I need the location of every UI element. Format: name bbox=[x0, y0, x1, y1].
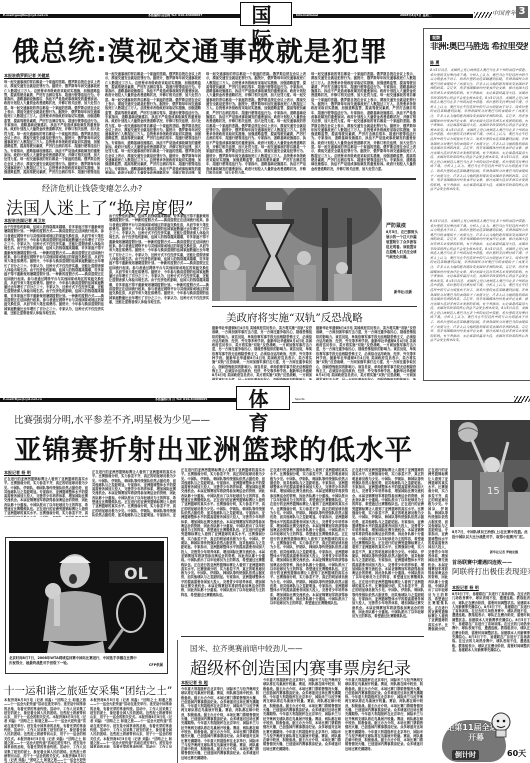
games-body-col2: 本报济南8月5日电（记者 刘磊）“团结之土 和谐之旅——十一运会火炬传递”活动在… bbox=[90, 698, 172, 748]
countdown-label: 倒计时 bbox=[452, 750, 479, 760]
header-bar-right bbox=[293, 14, 473, 18]
divider bbox=[181, 636, 424, 637]
basketball-photo: 15 bbox=[450, 420, 530, 527]
france-body-col2: 由于经济危机影响，法国人的钱袋越来越瘪，许多家庭不得不重新规划暑期度假计划。一种… bbox=[109, 214, 209, 374]
us-headline: 美政府将实施“双轨”反恐战略 bbox=[226, 310, 363, 325]
france-byline: 本报驻法国记者 周卫东 bbox=[4, 218, 45, 224]
stripes-decoration bbox=[514, 396, 530, 402]
aleague-body: 8月5日下午，易建联在广东进行了首场训练。在过去的几场热身赛中，球队表现不佳，遭… bbox=[452, 592, 530, 707]
hourglass-credit: 新华社/法新 bbox=[394, 290, 412, 295]
divider bbox=[212, 306, 417, 307]
right-column-label: 观察 bbox=[430, 35, 442, 41]
header-editor-info: 本版编辑/高雪梅 Tel: 010-64098097 bbox=[148, 13, 202, 17]
sports-section-en: Sports bbox=[295, 397, 305, 401]
main-body-col4: 每一起交通事故的背后都是一个家庭的悲剧。俄罗斯总统在会议上表示，漠视交通安全就是… bbox=[311, 72, 416, 174]
hourglass-photo bbox=[212, 188, 382, 301]
right-column-box: 观察 非洲:奥巴马胜选 希拉里受挫 陈 勇 8月5日消息，美国民主党总统候选人奥… bbox=[423, 28, 530, 381]
main-headline: 俄总统:漠视交通事故就是犯罪 bbox=[12, 30, 388, 69]
basketball-kicker: 比赛强弱分明,水平参差不齐,明星极为少见—— bbox=[14, 412, 210, 426]
supercup-byline: 本报记者 张 超 bbox=[181, 680, 208, 686]
aleague-headline: 阿联将打出极佳表现迎来新赛季 bbox=[452, 566, 530, 577]
right-column-body-b: 8月5日消息，美国民主党总统候选人奥巴马在多个州的初选中获胜，希拉里的支持率持续… bbox=[430, 219, 528, 377]
france-kicker: 经济危机让钱袋变瘪怎么办? bbox=[42, 183, 142, 194]
basketball-byline: 本报记者 杨 明 bbox=[4, 470, 31, 476]
basketball-body-col4: 正在进行的亚洲男篮锦标赛让人看到了亚洲篮球的真实水平。比赛强弱分明，实力参差不齐… bbox=[270, 468, 348, 631]
tennis-caption: 北京时间8月7日，2008年WTA网球巡回赛中国站比赛进行，中国选手李娜在比赛中… bbox=[9, 656, 139, 670]
right-column-headline: 非洲:奥巴马胜选 希拉里受挫 bbox=[430, 42, 528, 52]
france-body-col1: 由于经济危机影响，法国人的钱袋越来越瘪，许多家庭不得不重新规划暑期度假计划。一种… bbox=[4, 225, 104, 375]
aleague-kicker: 首场联赛中遭遇四连败—— bbox=[452, 559, 512, 566]
games-headline: 十一运和谐之旅延安采集“团结之土” bbox=[4, 683, 172, 698]
main-body-col3: 每一起交通事故的背后都是一个家庭的悲剧。俄罗斯总统在会议上表示，漠视交通安全就是… bbox=[206, 72, 306, 174]
tennis-photo-frame: OL 北京时间8月7日，2008年WTA网球巡回赛中国站比赛进行，中国选手李娜在… bbox=[5, 537, 168, 674]
basketball-caption: 8月7日，中国队球员王治郅(上)在比赛中投篮。此役中国队以大比分战胜对手，取得小… bbox=[452, 530, 530, 550]
page-number: 3 bbox=[516, 6, 528, 18]
section-title-sports: 体 育 bbox=[236, 386, 290, 410]
sports-email: E-mail:tiyu@cyd.net.cn bbox=[3, 397, 42, 401]
basketball-body-col5: 正在进行的亚洲男篮锦标赛让人看到了亚洲篮球的真实水平。比赛强弱分明，实力参差不齐… bbox=[352, 468, 424, 631]
mascot-icon bbox=[488, 712, 514, 738]
header-date: 2008年8月5日 星期二 bbox=[400, 13, 432, 17]
tennis-credit: CFP供图 bbox=[149, 663, 163, 668]
divider bbox=[177, 640, 178, 763]
section-title-international: 国 际 bbox=[240, 2, 292, 26]
supercup-body-col2: 今年意大利超级杯在北京举行，国际米兰与拉齐奥两支球队将在鸟巢展开较量。赛前，两队… bbox=[263, 678, 341, 763]
aleague-byline: 本报记者 杨 明 bbox=[452, 585, 479, 591]
supercup-kicker: 国米、拉齐奥赛前暗中较劲儿—— bbox=[190, 643, 303, 654]
basketball-headline: 亚锦赛折射出亚洲篮球的低水平 bbox=[14, 427, 413, 467]
us-body-col1: 据新华社华盛顿8月4日电 美国政府官员表示，美方将实施“双轨”反恐战略，一方面加… bbox=[212, 326, 312, 380]
countdown-days-value: 60 bbox=[507, 749, 518, 758]
basketball-body-col3: 正在进行的亚洲男篮锦标赛让人看到了亚洲篮球的真实水平。比赛强弱分明，实力参差不齐… bbox=[181, 468, 265, 631]
supercup-body-col1: 今年意大利超级杯在北京举行，国际米兰与拉齐奥两支球队将在鸟巢展开较量。赛前，两队… bbox=[181, 687, 259, 763]
header-email: E-mail:guojibu@cyd.net.cn bbox=[3, 13, 48, 17]
basketball-body-col1: 正在进行的亚洲男篮锦标赛让人看到了亚洲篮球的真实水平。比赛强弱分明，实力参差不齐… bbox=[4, 477, 88, 517]
header-section-en: International bbox=[296, 13, 318, 17]
right-column-body-a: 8月5日消息，美国民主党总统候选人奥巴马在多个州的初选中获胜，希拉里的支持率持续… bbox=[430, 68, 528, 218]
main-body-col1: 每一起交通事故的背后都是一个家庭的悲剧。俄罗斯总统在会议上表示，漠视交通安全就是… bbox=[4, 80, 100, 174]
tennis-photo: OL bbox=[9, 541, 164, 653]
main-byline: 本报驻俄罗斯记者 关健斌 bbox=[4, 73, 49, 79]
basketball-body-col2: 正在进行的亚洲男篮锦标赛让人看到了亚洲篮球的真实水平。比赛强弱分明，实力参差不齐… bbox=[92, 470, 176, 517]
main-body-col2: 每一起交通事故的背后都是一个家庭的悲剧。俄罗斯总统在会议上表示，漠视交通安全就是… bbox=[105, 72, 201, 174]
right-column-byline: 陈 勇 bbox=[430, 60, 439, 66]
svg-text:15: 15 bbox=[487, 486, 500, 497]
countdown-unit: 天 bbox=[518, 749, 526, 758]
hourglass-illustration bbox=[212, 188, 382, 301]
svg-text:OL: OL bbox=[124, 564, 148, 583]
divider bbox=[3, 178, 416, 180]
basketball-illustration: 15 bbox=[450, 420, 530, 527]
games-body-col1: 本报济南8月5日电（记者 刘磊）“团结之土 和谐之旅——十一运会火炬传递”活动在… bbox=[4, 698, 86, 763]
hourglass-caption-title: 严防鼠疫 bbox=[386, 222, 406, 229]
sports-editor-info: 本版编辑/刘 月 Tel: 010-64098095 bbox=[155, 397, 207, 401]
tennis-illustration: OL bbox=[9, 541, 164, 653]
us-body-col2: 据新华社华盛顿8月4日电 美国政府官员表示，美方将实施“双轨”反恐战略，一方面加… bbox=[316, 326, 416, 380]
basketball-body-col6: 正在进行的亚洲男篮锦标赛让人看到了亚洲篮球的真实水平。比赛强弱分明，实力参差不齐… bbox=[428, 468, 448, 631]
stripes-decoration bbox=[474, 12, 492, 18]
basketball-credit: 新华社记者 罗晓光摄 bbox=[490, 550, 518, 555]
sports-rule bbox=[292, 402, 522, 403]
supercup-headline: 超级杯创造国内赛事票房纪录 bbox=[190, 654, 411, 679]
countdown-days: 60天 bbox=[507, 748, 526, 759]
hourglass-caption: 8月5日，在巴黎街头展示的一个巨大沙漏装置吸引了众多游客驻足观看。该装置旨在提醒… bbox=[386, 230, 419, 285]
supercup-body-col3: 今年意大利超级杯在北京举行，国际米兰与拉齐奥两支球队将在鸟巢展开较量。赛前，两队… bbox=[345, 678, 423, 763]
